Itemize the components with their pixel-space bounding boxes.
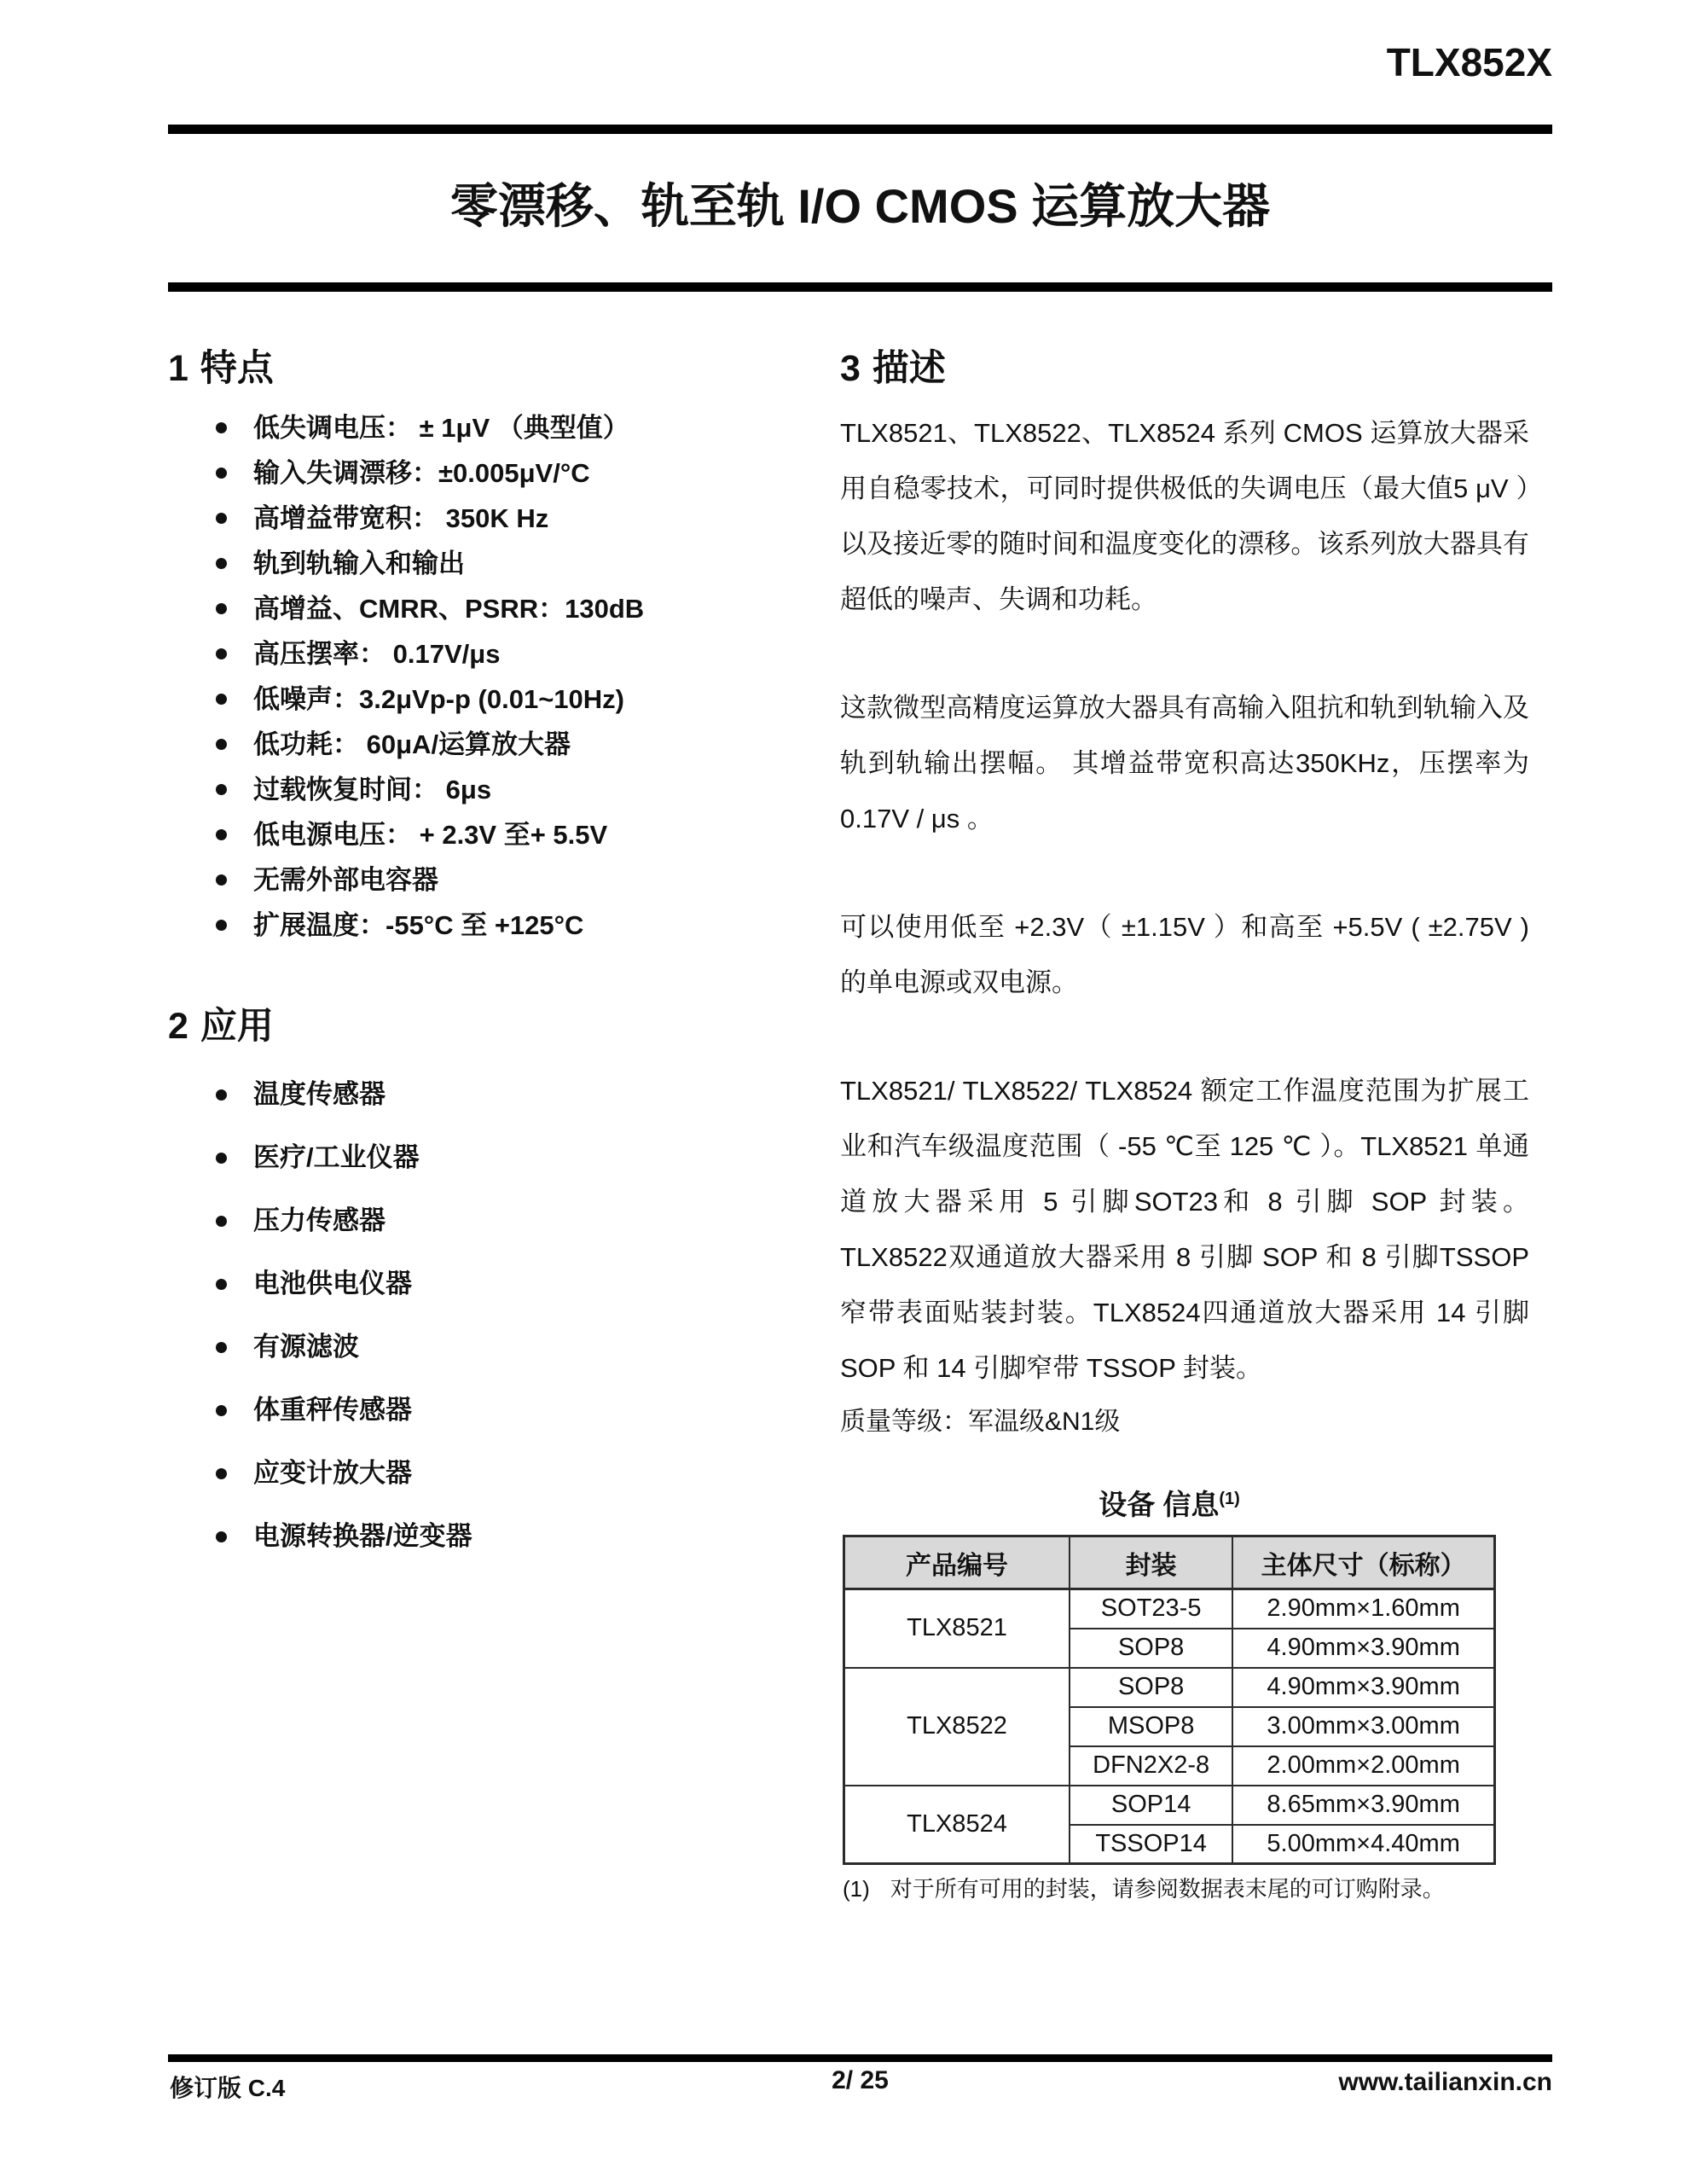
part-number-cell: TLX8524 (844, 1786, 1070, 1864)
table-footnote: (1) 对于所有可用的封装，请参阅数据表末尾的可订购附录。 (843, 1873, 1496, 1904)
features-heading-label: 特点 (200, 348, 274, 389)
features-heading-number: 1 (168, 348, 188, 389)
quality-grade-line: 质量等级：军温级&N1级 (840, 1396, 1529, 1449)
list-item: 高增益带宽积： 350K Hz (168, 496, 808, 541)
device-table-title-text: 设备 信息 (1099, 1489, 1219, 1520)
list-item: 过载恢复时间： 6μs (168, 767, 808, 812)
applications-heading: 2应用 (168, 997, 808, 1049)
package-cell: MSOP8 (1070, 1707, 1232, 1746)
body-size-cell: 2.00mm×2.00mm (1232, 1746, 1494, 1786)
list-item: 电源转换器/逆变器 (168, 1505, 808, 1568)
list-item: 有源滤波 (168, 1316, 808, 1379)
list-item: 压力传感器 (168, 1189, 808, 1252)
title-rule (168, 282, 1552, 292)
list-item: 应变计放大器 (168, 1442, 808, 1505)
list-item: 低功耗： 60μA/运算放大器 (168, 722, 808, 767)
description-heading-number: 3 (840, 348, 861, 389)
applications-list: 温度传感器医疗/工业仪器压力传感器电池供电仪器有源滤波体重秤传感器应变计放大器电… (168, 1063, 808, 1568)
list-item: 体重秤传感器 (168, 1379, 808, 1442)
body-size-cell: 4.90mm×3.90mm (1232, 1629, 1494, 1668)
table-row: TLX8522SOP84.90mm×3.90mm (844, 1668, 1495, 1707)
part-number-cell: TLX8521 (844, 1589, 1070, 1668)
left-column: 1特点 低失调电压： ± 1μV （典型值）输入失调漂移：±0.005μV/°C… (168, 340, 808, 1568)
col-header-package: 封装 (1070, 1536, 1232, 1589)
footer-website: www.tailianxin.cn (1338, 2068, 1552, 2097)
footer-rule (168, 2054, 1552, 2062)
list-item: 低失调电压： ± 1μV （典型值） (168, 405, 808, 450)
footnote-text: 对于所有可用的封装，请参阅数据表末尾的可订购附录。 (890, 1873, 1445, 1904)
package-cell: DFN2X2-8 (1070, 1746, 1232, 1786)
col-header-body-size: 主体尺寸（标称） (1232, 1536, 1494, 1589)
package-cell: SOP8 (1070, 1668, 1232, 1707)
package-cell: SOP8 (1070, 1629, 1232, 1668)
features-heading: 1特点 (168, 340, 808, 392)
description-paragraph: 可以使用低至 +2.3V（ ±1.15V ）和高至 +5.5V ( ±2.75V… (840, 899, 1529, 1010)
device-table-title: 设备 信息(1) (843, 1483, 1496, 1523)
doc-code: TLX852X (1387, 39, 1552, 85)
applications-heading-label: 应用 (200, 1006, 274, 1047)
device-table-title-footnote-ref: (1) (1219, 1490, 1239, 1508)
description-paragraph: TLX8521/ TLX8522/ TLX8524 额定工作温度范围为扩展工业和… (840, 1063, 1529, 1396)
body-size-cell: 5.00mm×4.40mm (1232, 1825, 1494, 1864)
list-item: 低噪声：3.2μVp-p (0.01~10Hz) (168, 677, 808, 722)
list-item: 温度传感器 (168, 1063, 808, 1126)
device-table-body: TLX8521SOT23-52.90mm×1.60mmSOP84.90mm×3.… (844, 1589, 1495, 1864)
device-info-block: 设备 信息(1) 产品编号 封装 主体尺寸（标称） TLX8521SOT23-5… (843, 1483, 1496, 1904)
col-header-part-number: 产品编号 (844, 1536, 1070, 1589)
list-item: 低电源电压： + 2.3V 至+ 5.5V (168, 812, 808, 857)
device-info-table: 产品编号 封装 主体尺寸（标称） TLX8521SOT23-52.90mm×1.… (843, 1535, 1496, 1865)
body-size-cell: 4.90mm×3.90mm (1232, 1668, 1494, 1707)
body-size-cell: 2.90mm×1.60mm (1232, 1589, 1494, 1629)
package-cell: SOT23-5 (1070, 1589, 1232, 1629)
description-paragraph: TLX8521、TLX8522、TLX8524 系列 CMOS 运算放大器采用自… (840, 405, 1529, 627)
description-heading-label: 描述 (872, 348, 946, 389)
features-list: 低失调电压： ± 1μV （典型值）输入失调漂移：±0.005μV/°C高增益带… (168, 405, 808, 948)
body-size-cell: 8.65mm×3.90mm (1232, 1786, 1494, 1825)
footnote-number: (1) (843, 1873, 870, 1904)
datasheet-page: TLX852X 零漂移、轨至轨 I/O CMOS 运算放大器 1特点 低失调电压… (0, 0, 1687, 2184)
list-item: 高增益、CMRR、PSRR：130dB (168, 586, 808, 631)
right-column: 3描述 TLX8521、TLX8522、TLX8524 系列 CMOS 运算放大… (840, 340, 1529, 1904)
list-item: 扩展温度：-55°C 至 +125°C (168, 903, 808, 948)
description-heading: 3描述 (840, 340, 1529, 392)
list-item: 轨到轨输入和输出 (168, 541, 808, 586)
table-row: TLX8521SOT23-52.90mm×1.60mm (844, 1589, 1495, 1629)
description-paragraph: 这款微型高精度运算放大器具有高输入阻抗和轨到轨输入及轨到轨输出摆幅。 其增益带宽… (840, 680, 1529, 846)
package-cell: TSSOP14 (1070, 1825, 1232, 1864)
header-rule (168, 125, 1552, 134)
table-row: TLX8524SOP148.65mm×3.90mm (844, 1786, 1495, 1825)
applications-heading-number: 2 (168, 1006, 188, 1047)
list-item: 医疗/工业仪器 (168, 1126, 808, 1189)
package-cell: SOP14 (1070, 1786, 1232, 1825)
list-item: 电池供电仪器 (168, 1252, 808, 1316)
list-item: 输入失调漂移：±0.005μV/°C (168, 450, 808, 496)
table-header-row: 产品编号 封装 主体尺寸（标称） (844, 1536, 1495, 1589)
part-number-cell: TLX8522 (844, 1668, 1070, 1786)
list-item: 高压摆率： 0.17V/μs (168, 631, 808, 677)
list-item: 无需外部电容器 (168, 857, 808, 903)
body-size-cell: 3.00mm×3.00mm (1232, 1707, 1494, 1746)
page-title: 零漂移、轨至轨 I/O CMOS 运算放大器 (168, 169, 1552, 237)
